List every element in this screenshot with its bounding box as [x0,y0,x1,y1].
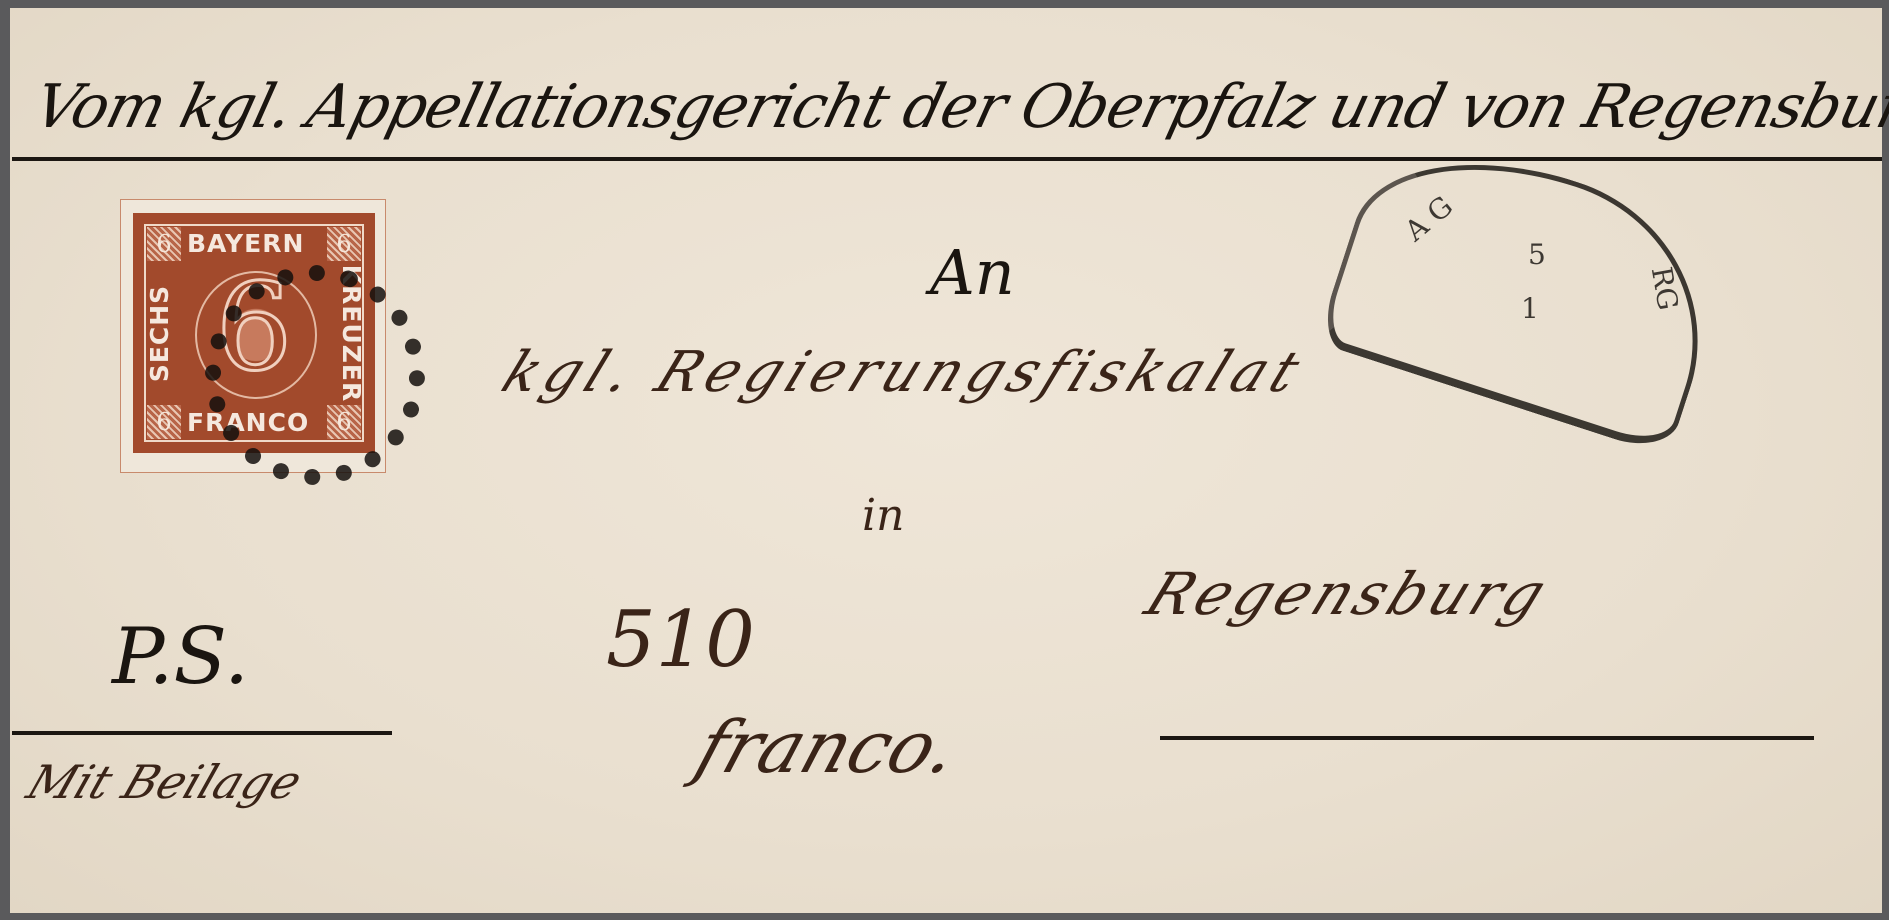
stamp-corner-bl: 6 [147,405,181,439]
address-salutation: An [930,236,1015,309]
stamp-label-left: SECHS [145,285,174,382]
title-rule [12,157,1882,161]
ps-mark: P.S. [112,612,249,702]
enclosure-note: Mit Beilage [20,755,309,809]
reference-number: 510 [606,595,755,685]
address-recipient: kgl. Regierungsfiskalat [493,340,1315,405]
address-preposition: in [862,490,904,541]
stamp-label-top: BAYERN [187,229,304,258]
franco-note: franco. [686,705,969,789]
stamp-corner-tl: 6 [147,227,181,261]
postmark-day: 5 [1528,238,1546,271]
printed-title: Vom kgl. Appellationsgericht der Oberpfa… [27,72,1889,142]
address-city: Regensburg [1136,560,1559,628]
postmark-month: 1 [1521,292,1539,325]
stamp-corner-tr: 6 [327,227,361,261]
half-circle-postmark: A G 5 1 RG [1343,172,1713,422]
ps-rule [12,731,392,735]
address-rule [1160,736,1814,740]
